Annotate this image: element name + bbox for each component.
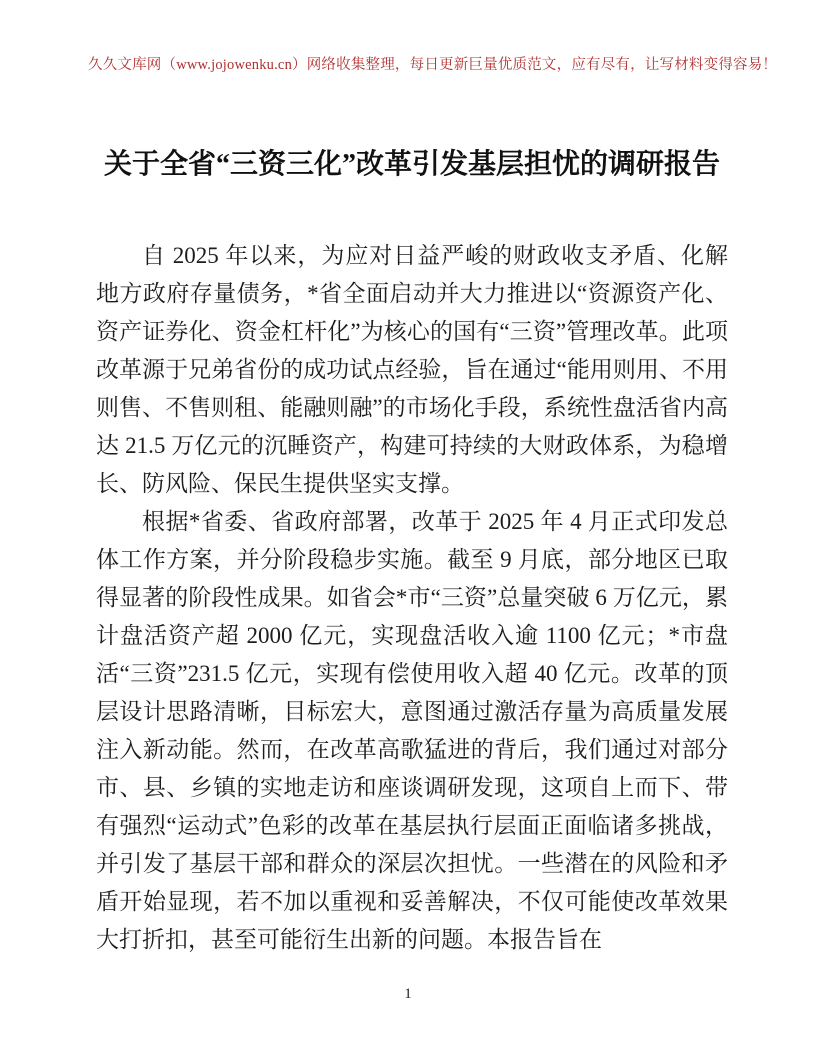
document-body: 自 2025 年以来，为应对日益严峻的财政收支矛盾、化解地方政府存量债务，*省全…: [96, 237, 728, 959]
watermark-notice: 久久文库网（www.jojowenku.cn）网络收集整理，每日更新巨量优质范文…: [88, 53, 728, 74]
document-title: 关于全省“三资三化”改革引发基层担忧的调研报告: [96, 142, 728, 187]
body-paragraph-1: 自 2025 年以来，为应对日益严峻的财政收支矛盾、化解地方政府存量债务，*省全…: [96, 237, 728, 503]
document-page: 久久文库网（www.jojowenku.cn）网络收集整理，每日更新巨量优质范文…: [0, 0, 816, 1056]
page-number: 1: [0, 986, 816, 1003]
body-paragraph-2: 根据*省委、省政府部署，改革于 2025 年 4 月正式印发总体工作方案，并分阶…: [96, 503, 728, 959]
